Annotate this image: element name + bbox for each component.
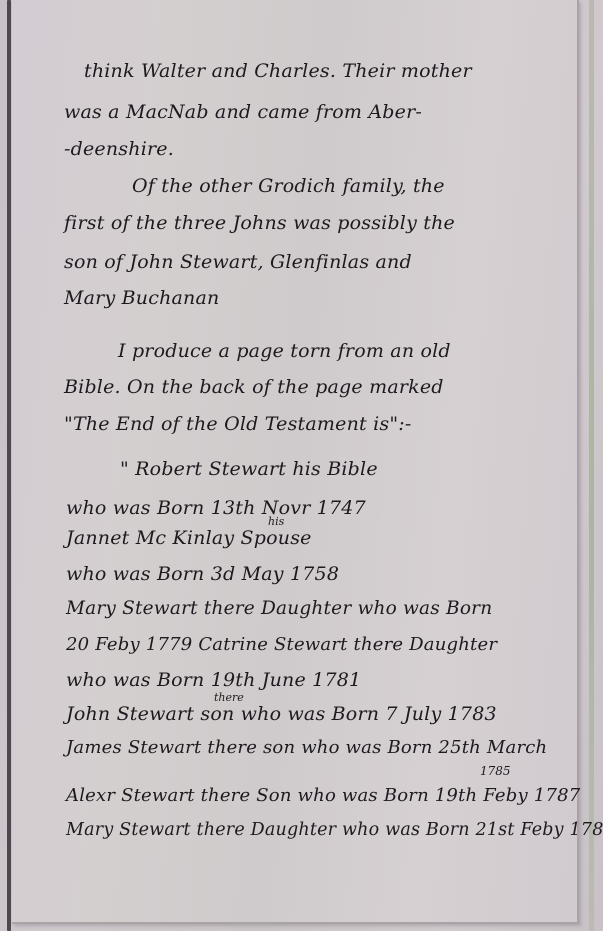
text-line: Mary Buchanan bbox=[64, 287, 219, 309]
bible-record-line: who was Born 13th Novr 1747 bbox=[66, 497, 366, 519]
manuscript-page: think Walter and Charles. Their mother w… bbox=[12, 0, 579, 924]
interlinear-note: 1785 bbox=[480, 764, 511, 778]
text-line: was a MacNab and came from Aber- bbox=[64, 101, 422, 123]
text-line: think Walter and Charles. Their mother bbox=[84, 60, 472, 82]
bible-record-line: who was Born 19th June 1781 bbox=[66, 669, 361, 691]
bible-record-line: James Stewart there son who was Born 25t… bbox=[66, 737, 547, 758]
bible-record-line: John Stewart son who was Born 7 July 178… bbox=[66, 703, 497, 725]
bible-record-line: Mary Stewart there Daughter who was Born bbox=[66, 598, 492, 619]
bible-record-line: Jannet Mc Kinlay Spouse bbox=[66, 527, 312, 549]
bible-record-line: Alexr Stewart there Son who was Born 19t… bbox=[66, 785, 580, 806]
text-line: son of John Stewart, Glenfinlas and bbox=[64, 251, 412, 273]
page-right-edge bbox=[589, 0, 594, 931]
text-line: "The End of the Old Testament is":- bbox=[64, 413, 411, 435]
binding-edge bbox=[7, 0, 11, 931]
bible-record-line: " Robert Stewart his Bible bbox=[120, 458, 378, 480]
text-line: first of the three Johns was possibly th… bbox=[64, 212, 455, 234]
bible-record-line: Mary Stewart there Daughter who was Born… bbox=[66, 820, 603, 840]
handwritten-text: think Walter and Charles. Their mother w… bbox=[12, 0, 577, 922]
text-line: I produce a page torn from an old bbox=[118, 340, 451, 362]
bible-record-line: who was Born 3d May 1758 bbox=[66, 563, 339, 585]
text-line: Bible. On the back of the page marked bbox=[64, 376, 444, 398]
text-line: -deenshire. bbox=[64, 138, 174, 160]
text-line: Of the other Grodich family, the bbox=[132, 175, 445, 197]
bible-record-line: 20 Feby 1779 Catrine Stewart there Daugh… bbox=[66, 634, 497, 655]
